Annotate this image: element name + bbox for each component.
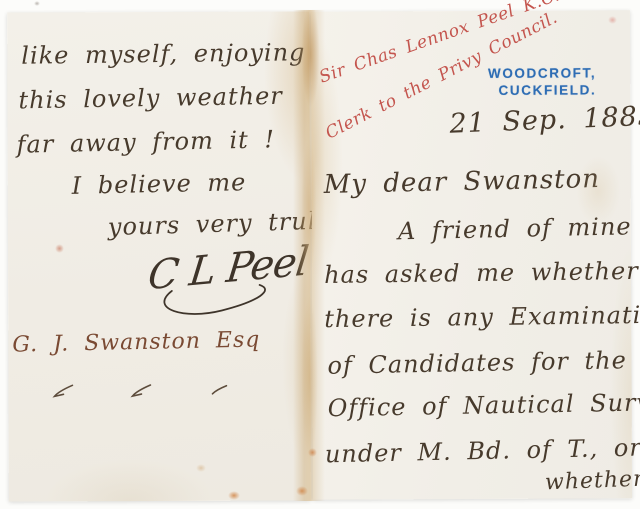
letter-line: like myself, enjoying	[21, 40, 305, 67]
addressee-line: G. J. Swanston Esq	[12, 329, 260, 356]
letterhead-line: WOODCROFT,	[488, 64, 596, 81]
letter-line: far away from it !	[16, 127, 275, 156]
right-page: Sir Chas Lennox Peel K.C.B. Clerk to the…	[311, 10, 632, 499]
left-page: like myself, enjoying this lovely weathe…	[7, 11, 311, 501]
letter-line: Office of Nautical Surveyor	[327, 389, 640, 420]
letterhead-line: CUCKFIELD.	[488, 81, 596, 98]
letter-line: has asked me whether	[324, 259, 639, 287]
letter-line: A friend of mine	[398, 214, 632, 243]
paper-stain	[34, 1, 40, 6]
letter-scan: like myself, enjoying this lovely weathe…	[0, 0, 640, 509]
tick-marks	[50, 382, 240, 403]
letter-line: this lovely weather	[18, 84, 283, 113]
date-line: 21 Sep. 1883	[449, 103, 640, 138]
letter-line: of Candidates for the	[327, 348, 627, 377]
letter-line: whether	[545, 469, 640, 495]
letter-line: there is any Examination	[324, 303, 640, 332]
letter-closing-line: I believe me	[72, 170, 247, 198]
salutation-line: My dear Swanston	[323, 166, 600, 198]
printed-letterhead: WOODCROFT, CUCKFIELD.	[488, 64, 596, 98]
signature: C L Peel	[146, 239, 309, 299]
letter-line: under M. Bd. of T., or	[325, 435, 640, 466]
center-fold-crease	[293, 10, 325, 501]
